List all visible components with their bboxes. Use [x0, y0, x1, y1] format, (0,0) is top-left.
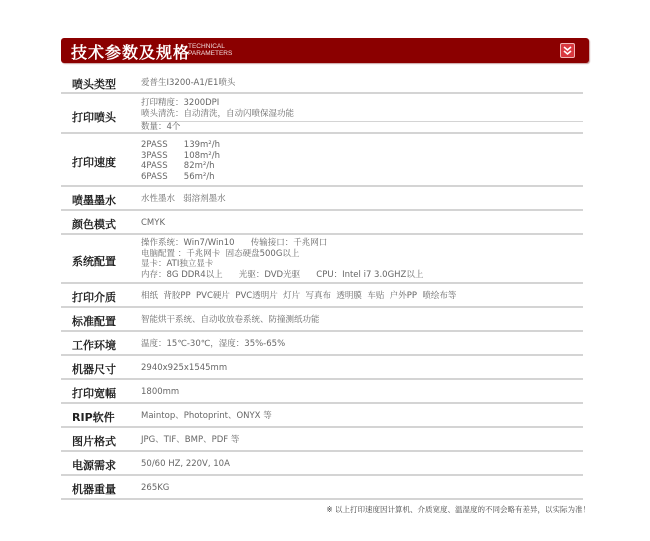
spec-row-standard-config: 标准配置 智能烘干系统、自动收放卷系统、防撞测纸功能	[61, 308, 583, 332]
spec-label: 打印介质	[72, 289, 116, 305]
spec-row-system-config: 系统配置 操作系统：Win7/Win10 传输接口：千兆网口 电脑配置 ：千兆网…	[61, 235, 583, 284]
spec-value: JPG、TIF、BMP、PDF 等	[141, 435, 239, 446]
spec-label: 机器尺寸	[72, 361, 116, 377]
spec-value: 温度：15℃-30℃，湿度：35%-65%	[141, 339, 285, 350]
spec-row-print-head: 打印喷头 打印精度：3200DPI 喷头清洗：自动清洗，自动闪喷保湿功能 数量：…	[61, 94, 583, 134]
spec-row-weight: 机器重量 265KG	[61, 476, 583, 500]
spec-row-environment: 工作环境 温度：15℃-30℃，湿度：35%-65%	[61, 332, 583, 356]
spec-row-color-mode: 颜色模式 CMYK	[61, 211, 583, 235]
spec-value: 1800mm	[141, 387, 179, 398]
spec-row-media: 打印介质 相纸 背胶PP PVC硬片 PVC透明片 灯片 写真布 透明膜 车贴 …	[61, 284, 583, 308]
spec-value: 2940x925x1545mm	[141, 363, 227, 374]
subtitle-line-1: TECHNICAL	[188, 43, 225, 50]
spec-label: 打印速度	[72, 154, 116, 170]
spec-value: 水性墨水 弱溶剂墨水	[141, 194, 226, 205]
spec-label: 工作环境	[72, 337, 116, 353]
spec-label: 电源需求	[72, 457, 116, 473]
subtitle-line-2: PARAMETERS	[188, 50, 232, 57]
spec-label: 喷头类型	[72, 76, 116, 92]
section-subtitle: TECHNICAL PARAMETERS	[188, 43, 232, 57]
spec-value-quantity: 数量：4个	[141, 122, 180, 133]
disclaimer-note: ※ 以上打印速度因计算机、介质宽度、温湿度的不同会略有差异，以实际为准！	[326, 504, 590, 515]
spec-value: 爱普生I3200-A1/E1喷头	[141, 78, 235, 89]
spec-row-rip-software: RIP软件 Maintop、Photoprint、ONYX 等	[61, 404, 583, 428]
spec-value: 智能烘干系统、自动收放卷系统、防撞测纸功能	[141, 315, 320, 326]
spec-label: 颜色模式	[72, 216, 116, 232]
spec-row-power: 电源需求 50/60 HZ, 220V, 10A	[61, 452, 583, 476]
spec-value: 操作系统：Win7/Win10 传输接口：千兆网口 电脑配置 ：千兆网卡 固态硬…	[141, 238, 423, 280]
spec-value: 2PASS 139m²/h 3PASS 108m²/h 4PASS 82m²/h…	[141, 140, 220, 182]
spec-label: 标准配置	[72, 313, 116, 329]
spec-label: 打印喷头	[72, 109, 116, 125]
spec-label: 喷墨墨水	[72, 192, 116, 208]
spec-label: RIP软件	[72, 409, 115, 425]
spec-row-print-width: 打印宽幅 1800mm	[61, 380, 583, 404]
spec-label: 机器重量	[72, 481, 116, 497]
spec-row-image-format: 图片格式 JPG、TIF、BMP、PDF 等	[61, 428, 583, 452]
spec-label: 系统配置	[72, 253, 116, 269]
spec-value: 50/60 HZ, 220V, 10A	[141, 459, 230, 470]
spec-value: Maintop、Photoprint、ONYX 等	[141, 411, 272, 422]
spec-value: 打印精度：3200DPI 喷头清洗：自动清洗，自动闪喷保湿功能	[141, 98, 294, 119]
spec-row-print-speed: 打印速度 2PASS 139m²/h 3PASS 108m²/h 4PASS 8…	[61, 134, 583, 187]
spec-value: CMYK	[141, 218, 165, 229]
spec-label: 打印宽幅	[72, 385, 116, 401]
section-title: 技术参数及规格	[71, 40, 190, 63]
spec-label: 图片格式	[72, 433, 116, 449]
divider	[141, 121, 583, 122]
double-chevron-down-icon[interactable]	[560, 43, 575, 58]
spec-row-dimensions: 机器尺寸 2940x925x1545mm	[61, 356, 583, 380]
section-header: 技术参数及规格 TECHNICAL PARAMETERS	[61, 38, 589, 63]
spec-value: 相纸 背胶PP PVC硬片 PVC透明片 灯片 写真布 透明膜 车贴 户外PP …	[141, 291, 456, 302]
spec-row-nozzle-type: 喷头类型 爱普生I3200-A1/E1喷头	[61, 63, 583, 94]
spec-value: 265KG	[141, 483, 169, 494]
spec-row-ink: 喷墨墨水 水性墨水 弱溶剂墨水	[61, 187, 583, 211]
